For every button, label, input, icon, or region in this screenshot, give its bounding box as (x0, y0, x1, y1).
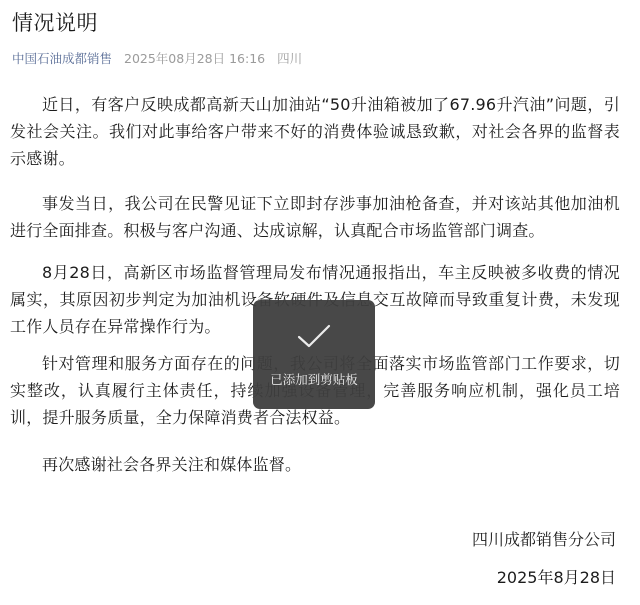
paragraph-5: 再次感谢社会各界关注和媒体监督。 (10, 451, 620, 478)
publish-region: 四川 (277, 51, 302, 66)
clipboard-toast: 已添加到剪贴板 (253, 300, 375, 409)
publish-time: 2025年08月28日 16:16 (124, 51, 265, 66)
article-title: 情况说明 (12, 9, 98, 37)
toast-message: 已添加到剪贴板 (270, 372, 358, 388)
signoff-organization: 四川成都销售分公司 (472, 529, 616, 551)
article-meta: 中国石油成都销售 2025年08月28日 16:16 四川 (12, 50, 302, 68)
account-name-link[interactable]: 中国石油成都销售 (12, 51, 112, 66)
signoff-date: 2025年8月28日 (497, 567, 616, 589)
paragraph-2: 事发当日，我公司在民警见证下立即封存涉事加油枪备查，并对该站其他加油机进行全面排… (10, 190, 620, 244)
paragraph-1: 近日，有客户反映成都高新天山加油站“50升油箱被加了67.96升汽油”问题，引发… (10, 91, 620, 172)
checkmark-icon (296, 322, 332, 350)
